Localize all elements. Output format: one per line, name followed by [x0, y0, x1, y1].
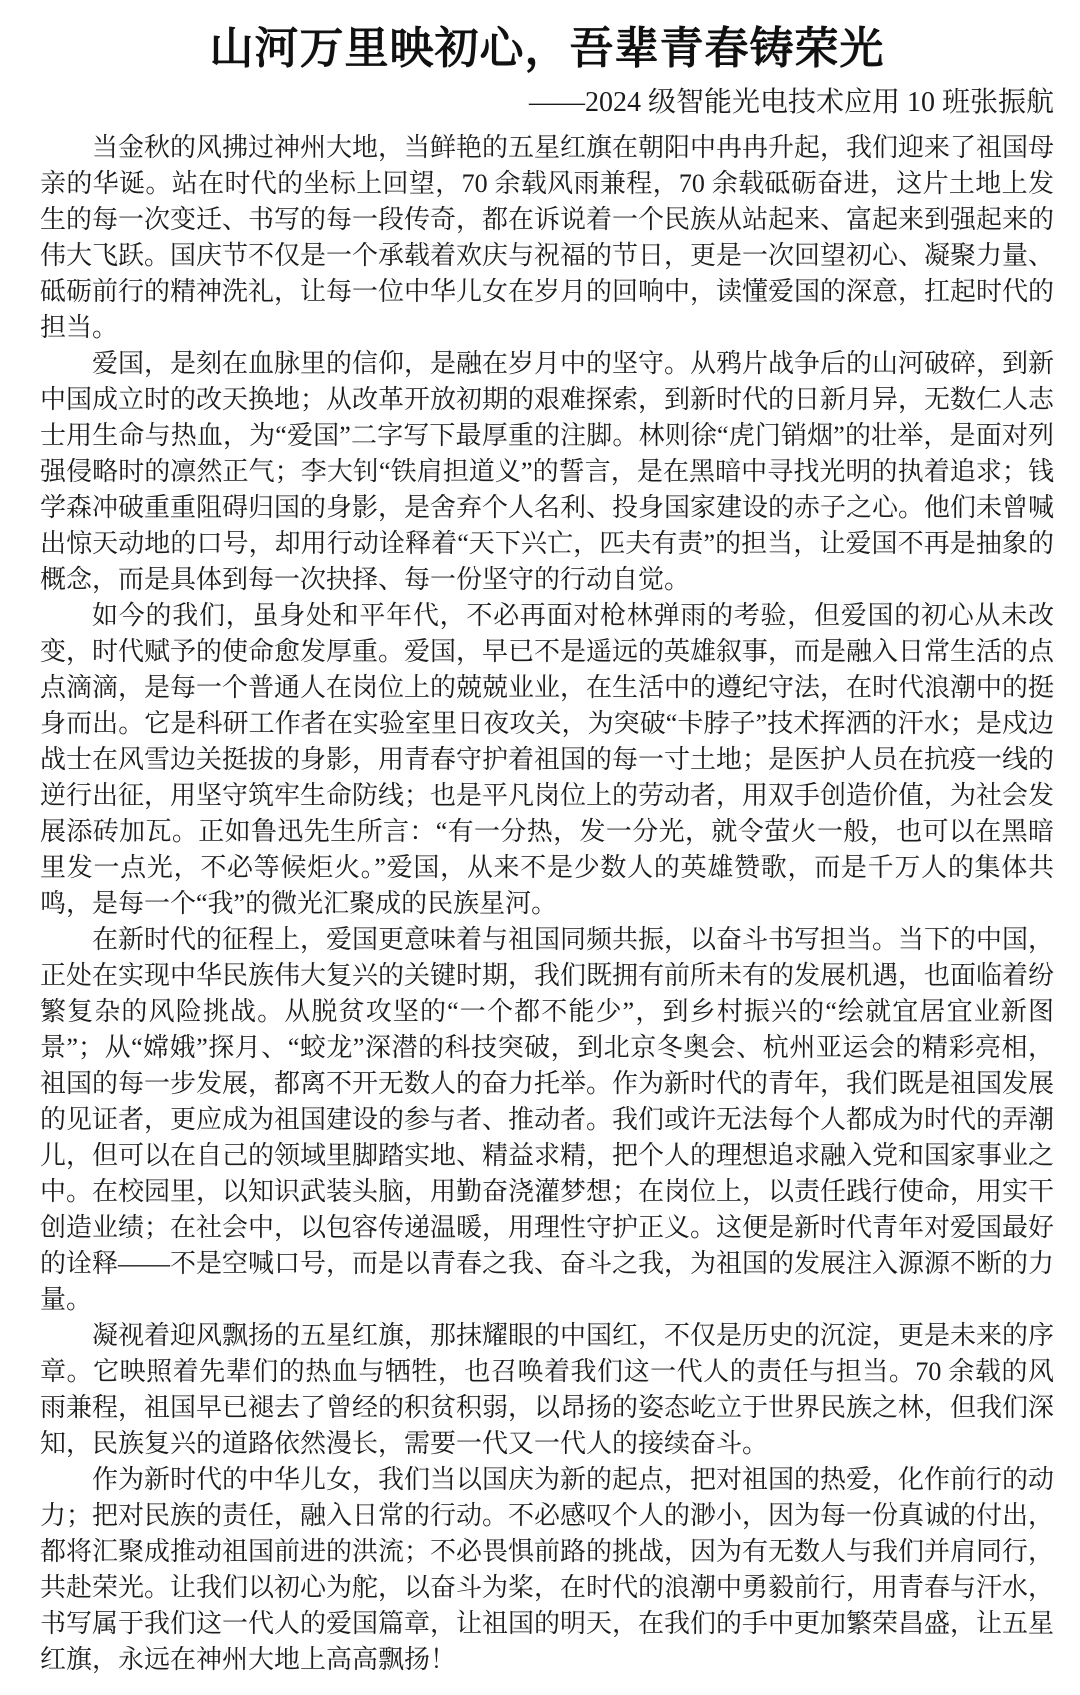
essay-body: 当金秋的风拂过神州大地，当鲜艳的五星红旗在朝阳中冉冉升起，我们迎来了祖国母亲的华… [40, 130, 1054, 1678]
essay-paragraph-4: 在新时代的征程上，爱国更意味着与祖国同频共振，以奋斗书写担当。当下的中国，正处在… [40, 922, 1054, 1318]
essay-paragraph-6: 作为新时代的中华儿女，我们当以国庆为新的起点，把对祖国的热爱，化作前行的动力；把… [40, 1462, 1054, 1678]
essay-paragraph-1: 当金秋的风拂过神州大地，当鲜艳的五星红旗在朝阳中冉冉升起，我们迎来了祖国母亲的华… [40, 130, 1054, 346]
essay-byline: ——2024 级智能光电技术应用 10 班张振航 [40, 86, 1054, 120]
essay-paragraph-3: 如今的我们，虽身处和平年代，不必再面对枪林弹雨的考验，但爱国的初心从未改变，时代… [40, 598, 1054, 922]
essay-title: 山河万里映初心，吾辈青春铸荣光 [40, 22, 1054, 74]
essay-paragraph-5: 凝视着迎风飘扬的五星红旗，那抹耀眼的中国红，不仅是历史的沉淀，更是未来的序章。它… [40, 1318, 1054, 1462]
document-page: 山河万里映初心，吾辈青春铸荣光 ——2024 级智能光电技术应用 10 班张振航… [0, 0, 1080, 1695]
essay-paragraph-2: 爱国，是刻在血脉里的信仰，是融在岁月中的坚守。从鸦片战争后的山河破碎，到新中国成… [40, 346, 1054, 598]
